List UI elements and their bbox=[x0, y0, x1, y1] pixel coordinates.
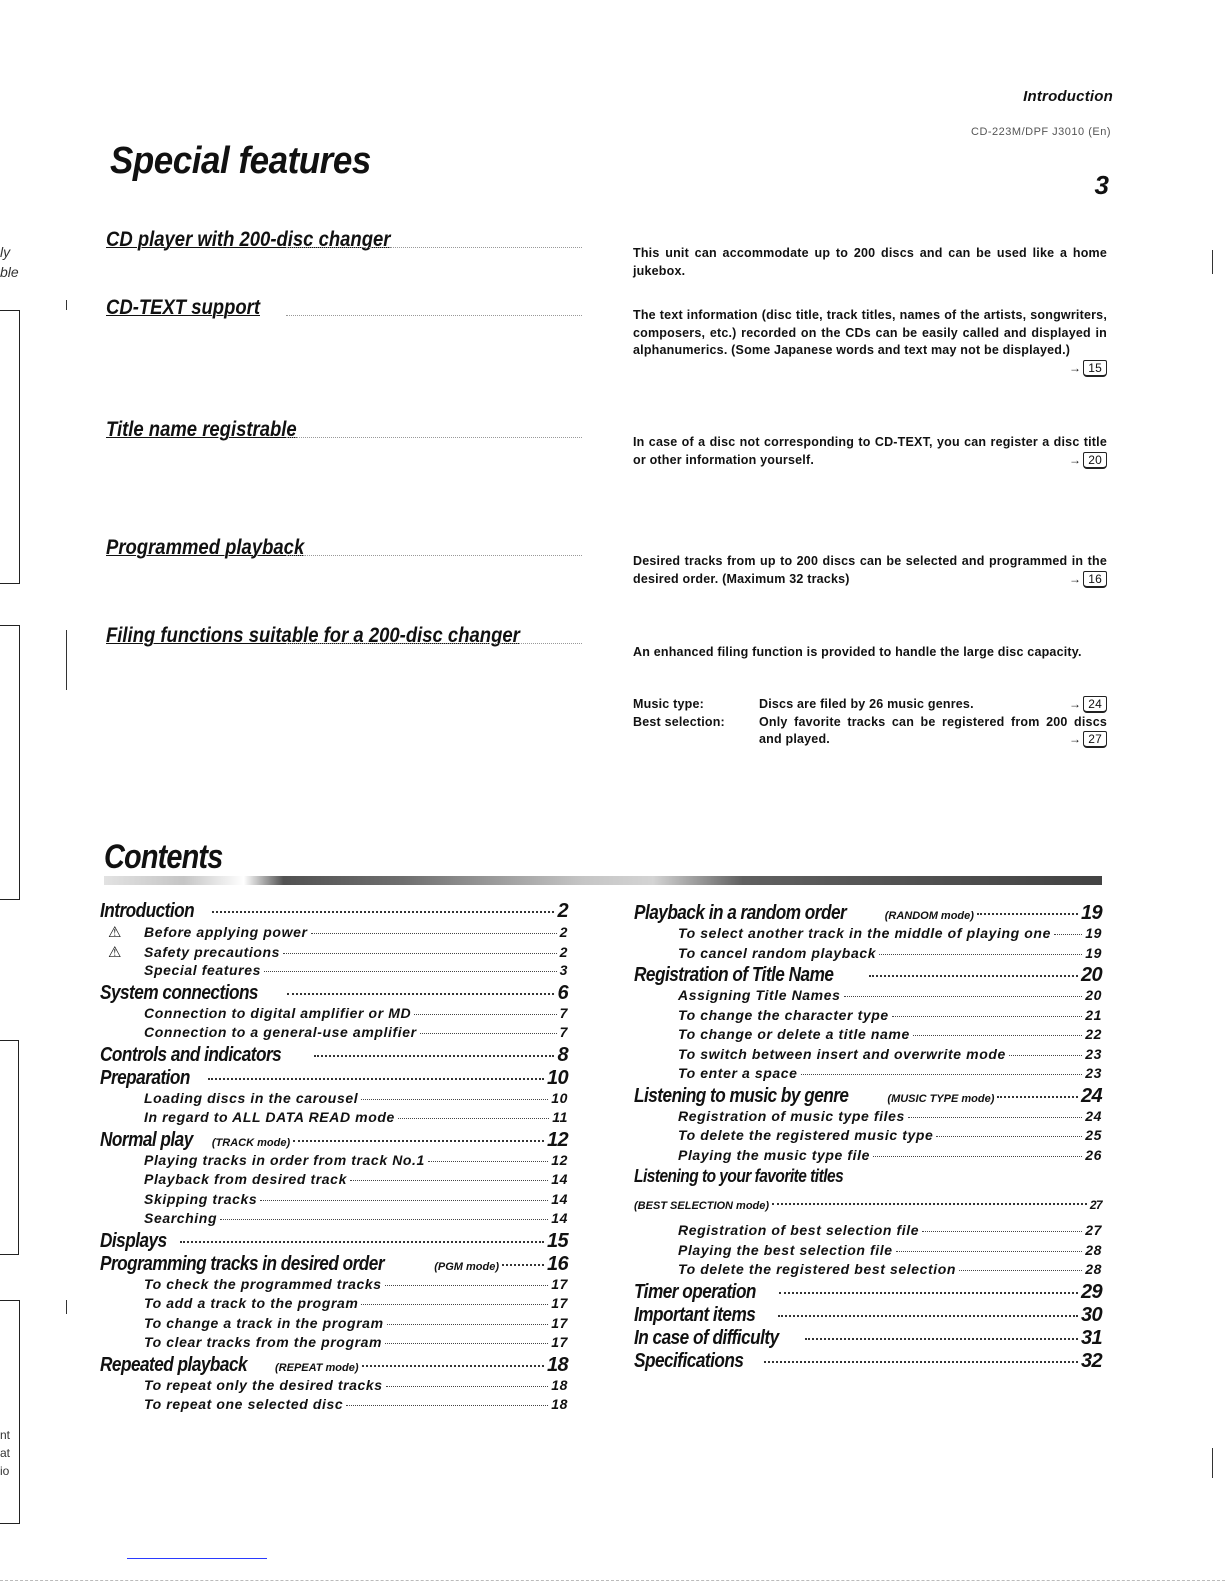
toc-mode: (RANDOM mode) bbox=[885, 910, 974, 922]
toc-entry[interactable]: Registration of Title Name20 bbox=[634, 964, 1102, 987]
dot-leader bbox=[779, 1292, 1078, 1294]
filing-details: Music type: Discs are filed by 26 music … bbox=[633, 696, 1107, 749]
toc-page: 17 bbox=[551, 1295, 568, 1311]
dot-leader bbox=[346, 1405, 548, 1406]
toc-page: 20 bbox=[1085, 987, 1102, 1003]
dot-leader bbox=[502, 1264, 544, 1266]
toc-title: Controls and indicators bbox=[100, 1044, 281, 1067]
toc-page: 18 bbox=[551, 1377, 568, 1393]
toc-entry[interactable]: Timer operation29 bbox=[634, 1281, 1102, 1304]
dot-leader bbox=[180, 1241, 543, 1243]
toc-page: 26 bbox=[1085, 1147, 1102, 1163]
toc-title: To add a track to the program bbox=[144, 1295, 358, 1311]
toc-title: Normal play bbox=[100, 1129, 193, 1152]
page-reference[interactable]: →20 bbox=[1069, 452, 1107, 470]
toc-entry[interactable]: Skipping tracks14 bbox=[100, 1191, 568, 1211]
toc-mode: (REPEAT mode) bbox=[275, 1362, 359, 1374]
page-reference[interactable]: →16 bbox=[1069, 571, 1107, 589]
toc-entry[interactable]: To check the programmed tracks17 bbox=[100, 1276, 568, 1296]
document-code: CD-223M/DPF J3010 (En) bbox=[971, 126, 1111, 138]
feature-description: In case of a disc not corresponding to C… bbox=[633, 434, 1107, 469]
page-reference[interactable]: →15 bbox=[1069, 360, 1107, 378]
contents-divider bbox=[104, 876, 1102, 885]
toc-title: To check the programmed tracks bbox=[144, 1276, 382, 1292]
toc-title: Safety precautions bbox=[144, 944, 280, 960]
dot-leader bbox=[879, 954, 1082, 955]
page-reference[interactable]: →27 bbox=[1069, 731, 1107, 749]
toc-page: 8 bbox=[557, 1044, 568, 1067]
toc-entry[interactable]: Playing tracks in order from track No.11… bbox=[100, 1152, 568, 1172]
feature-heading: Filing functions suitable for a 200-disc… bbox=[106, 624, 582, 648]
dot-leader bbox=[778, 1315, 1078, 1317]
toc-title: To clear tracks from the program bbox=[144, 1334, 382, 1350]
warning-icon: ⚠ bbox=[108, 943, 134, 961]
arrow-icon: → bbox=[1069, 360, 1081, 378]
toc-page: 6 bbox=[557, 982, 568, 1005]
dot-leader bbox=[361, 1099, 548, 1100]
toc-title: To cancel random playback bbox=[678, 945, 876, 961]
toc-entry[interactable]: In regard to ALL DATA READ mode11 bbox=[100, 1109, 568, 1129]
book-icon: 20 bbox=[1083, 452, 1107, 469]
toc-entry[interactable]: Playback from desired track14 bbox=[100, 1171, 568, 1191]
toc-mode: (PGM mode) bbox=[434, 1261, 499, 1273]
toc-page: 11 bbox=[552, 1109, 568, 1125]
toc-entry[interactable]: Normal play(TRACK mode)12 bbox=[100, 1129, 568, 1152]
toc-page: 16 bbox=[547, 1253, 568, 1276]
scan-tick bbox=[66, 630, 67, 690]
toc-page: 24 bbox=[1081, 1085, 1102, 1108]
toc-entry[interactable]: System connections6 bbox=[100, 982, 568, 1005]
toc-entry[interactable]: To switch between insert and overwrite m… bbox=[634, 1046, 1102, 1066]
dot-leader bbox=[385, 1285, 549, 1286]
toc-title: Playback in a random order bbox=[634, 902, 846, 925]
toc-title: Programming tracks in desired order bbox=[100, 1253, 384, 1276]
margin-fragment: ly bbox=[0, 244, 10, 260]
dot-leader bbox=[220, 1219, 548, 1220]
toc-page: 14 bbox=[551, 1171, 568, 1187]
toc-title: To enter a space bbox=[678, 1065, 798, 1081]
warning-icon: ⚠ bbox=[108, 923, 134, 941]
toc-title: Specifications bbox=[634, 1350, 743, 1373]
toc-page: 17 bbox=[551, 1334, 568, 1350]
dot-leader bbox=[361, 1304, 548, 1305]
contents-title: Contents bbox=[104, 838, 222, 877]
toc-entry[interactable]: Important items30 bbox=[634, 1304, 1102, 1327]
toc-title: Important items bbox=[634, 1304, 755, 1327]
toc-entry[interactable]: To change or delete a title name22 bbox=[634, 1026, 1102, 1046]
dot-leader bbox=[913, 1035, 1082, 1036]
toc-title: Registration of best selection file bbox=[678, 1222, 919, 1238]
toc-title: To repeat only the desired tracks bbox=[144, 1377, 383, 1393]
toc-title: Repeated playback bbox=[100, 1354, 247, 1377]
arrow-icon: → bbox=[1069, 571, 1081, 589]
toc-entry[interactable]: Special features3 bbox=[100, 962, 568, 982]
filing-row-music-type: Music type: Discs are filed by 26 music … bbox=[633, 696, 1107, 714]
toc-page: 19 bbox=[1085, 945, 1102, 961]
dot-leader bbox=[283, 953, 557, 954]
dot-leader bbox=[208, 1078, 544, 1080]
arrow-icon: → bbox=[1069, 731, 1081, 749]
toc-title: Listening to music by genre bbox=[634, 1085, 848, 1108]
dot-leader bbox=[311, 933, 557, 934]
dot-leader bbox=[287, 993, 555, 995]
toc-entry[interactable]: Searching14 bbox=[100, 1210, 568, 1230]
toc-title: To select another track in the middle of… bbox=[678, 925, 1051, 941]
toc-title: Assigning Title Names bbox=[678, 987, 841, 1003]
toc-title: To change or delete a title name bbox=[678, 1026, 910, 1042]
book-icon: 27 bbox=[1083, 731, 1107, 748]
toc-entry[interactable]: Programming tracks in desired order(PGM … bbox=[100, 1253, 568, 1276]
dot-leader bbox=[385, 1343, 548, 1344]
dot-leader bbox=[959, 1270, 1082, 1271]
toc-title: Searching bbox=[144, 1210, 217, 1226]
crop-mark bbox=[0, 625, 20, 900]
toc-page: 23 bbox=[1085, 1065, 1102, 1081]
toc-page: 21 bbox=[1085, 1007, 1102, 1023]
toc-page: 2 bbox=[560, 944, 568, 960]
toc-title: To change a track in the program bbox=[144, 1315, 384, 1331]
page-title: Special features bbox=[110, 140, 371, 183]
dot-leader bbox=[873, 1156, 1082, 1157]
toc-title: To change the character type bbox=[678, 1007, 889, 1023]
toc-title: In case of difficulty bbox=[634, 1327, 779, 1350]
filing-row-best-selection: Best selection: Only favorite tracks can… bbox=[633, 714, 1107, 749]
book-icon: 16 bbox=[1083, 571, 1107, 588]
toc-entry[interactable]: Displays15 bbox=[100, 1230, 568, 1253]
dot-leader bbox=[869, 975, 1078, 977]
dot-leader bbox=[212, 911, 554, 913]
dot-leader bbox=[264, 971, 557, 972]
toc-entry[interactable]: Registration of music type files24 bbox=[634, 1108, 1102, 1128]
feature-heading: CD player with 200-disc changer bbox=[106, 228, 582, 252]
dot-leader bbox=[414, 1014, 556, 1015]
arrow-icon: → bbox=[1069, 696, 1081, 714]
dot-leader bbox=[977, 913, 1078, 915]
toc-entry[interactable]: To repeat only the desired tracks18 bbox=[100, 1377, 568, 1397]
dot-leader bbox=[801, 1074, 1083, 1075]
toc-page: 18 bbox=[551, 1396, 568, 1412]
toc-page: 28 bbox=[1085, 1242, 1102, 1258]
toc-title: To switch between insert and overwrite m… bbox=[678, 1046, 1006, 1062]
toc-page: 25 bbox=[1085, 1127, 1102, 1143]
toc-page: 12 bbox=[551, 1152, 568, 1168]
dot-leader bbox=[805, 1338, 1078, 1340]
scan-tick bbox=[66, 300, 67, 310]
dot-leader bbox=[362, 1365, 544, 1367]
feature-description: The text information (disc title, track … bbox=[633, 307, 1107, 377]
dot-leader bbox=[997, 1096, 1078, 1098]
toc-title: In regard to ALL DATA READ mode bbox=[144, 1109, 395, 1125]
toc-title: Connection to digital amplifier or MD bbox=[144, 1005, 411, 1021]
toc-entry[interactable]: Introduction2 bbox=[100, 900, 568, 923]
toc-page: 7 bbox=[560, 1005, 568, 1021]
scan-tick bbox=[66, 1300, 67, 1314]
toc-title: Playback from desired track bbox=[144, 1171, 347, 1187]
toc-title: Listening to your favorite titles bbox=[634, 1166, 843, 1187]
page-number: 3 bbox=[1095, 170, 1109, 201]
toc-page: 32 bbox=[1081, 1350, 1102, 1373]
toc-page: 23 bbox=[1085, 1046, 1102, 1062]
toc-entry[interactable]: Loading discs in the carousel10 bbox=[100, 1090, 568, 1110]
toc-entry[interactable]: In case of difficulty31 bbox=[634, 1327, 1102, 1350]
bottom-link-line bbox=[127, 1558, 267, 1559]
margin-fragment: io bbox=[0, 1464, 9, 1478]
toc-entry[interactable]: Listening to your favorite titles bbox=[634, 1166, 1102, 1194]
toc-entry[interactable]: To delete the registered best selection2… bbox=[634, 1261, 1102, 1281]
toc-entry[interactable]: To change a track in the program17 bbox=[100, 1315, 568, 1335]
toc-title: Preparation bbox=[100, 1067, 190, 1090]
toc-title: Registration of Title Name bbox=[634, 964, 833, 987]
toc-page: 18 bbox=[547, 1354, 568, 1377]
crop-mark bbox=[0, 310, 20, 584]
toc-entry[interactable]: Connection to a general-use amplifier7 bbox=[100, 1024, 568, 1044]
toc-entry[interactable]: To delete the registered music type25 bbox=[634, 1127, 1102, 1147]
toc-page: 29 bbox=[1081, 1281, 1102, 1304]
toc-page: 19 bbox=[1085, 925, 1102, 941]
toc-entry[interactable]: Connection to digital amplifier or MD7 bbox=[100, 1005, 568, 1025]
toc-title: Special features bbox=[144, 962, 261, 978]
toc-mode: (TRACK mode) bbox=[212, 1137, 290, 1149]
toc-page: 10 bbox=[547, 1067, 568, 1090]
toc-right-column: Playback in a random order(RANDOM mode)1… bbox=[634, 902, 1102, 1373]
arrow-icon: → bbox=[1069, 452, 1081, 470]
toc-entry[interactable]: To enter a space23 bbox=[634, 1065, 1102, 1085]
toc-entry[interactable]: To cancel random playback19 bbox=[634, 945, 1102, 965]
dot-leader bbox=[772, 1203, 1087, 1205]
dot-leader bbox=[350, 1180, 548, 1181]
toc-entry[interactable]: To add a track to the program17 bbox=[100, 1295, 568, 1315]
toc-entry[interactable]: ⚠Safety precautions2 bbox=[100, 943, 568, 963]
dot-leader bbox=[398, 1118, 549, 1119]
toc-entry[interactable]: To select another track in the middle of… bbox=[634, 925, 1102, 945]
toc-title: Registration of music type files bbox=[678, 1108, 905, 1124]
dot-leader bbox=[1054, 934, 1082, 935]
toc-page: 20 bbox=[1081, 964, 1102, 987]
toc-entry[interactable]: Repeated playback(REPEAT mode)18 bbox=[100, 1354, 568, 1377]
filing-label: Music type: bbox=[633, 696, 759, 714]
toc-left-column: Introduction2⚠Before applying power2⚠Saf… bbox=[100, 900, 568, 1416]
feature-description: This unit can accommodate up to 200 disc… bbox=[633, 245, 1107, 280]
toc-title: To delete the registered music type bbox=[678, 1127, 933, 1143]
toc-entry[interactable]: ⚠Before applying power2 bbox=[100, 923, 568, 943]
toc-entry[interactable]: To change the character type21 bbox=[634, 1007, 1102, 1027]
margin-fragment: ble bbox=[0, 264, 19, 280]
filing-text: Only favorite tracks can be registered f… bbox=[759, 715, 1107, 747]
section-label: Introduction bbox=[1023, 88, 1113, 105]
dot-leader bbox=[922, 1231, 1082, 1232]
toc-page: 27 bbox=[1090, 1198, 1102, 1212]
feature-heading: Programmed playback bbox=[106, 536, 582, 560]
toc-title: To delete the registered best selection bbox=[678, 1261, 956, 1277]
toc-page: 24 bbox=[1085, 1108, 1102, 1124]
dot-leader bbox=[908, 1117, 1082, 1118]
dot-leader bbox=[764, 1361, 1078, 1363]
toc-page: 14 bbox=[551, 1191, 568, 1207]
toc-entry[interactable]: Assigning Title Names20 bbox=[634, 987, 1102, 1007]
toc-page: 10 bbox=[551, 1090, 568, 1106]
toc-entry[interactable]: (BEST SELECTION mode)27 bbox=[634, 1194, 1102, 1222]
dot-leader bbox=[844, 996, 1083, 997]
toc-page: 12 bbox=[547, 1129, 568, 1152]
filing-text: Discs are filed by 26 music genres. bbox=[759, 697, 974, 711]
dot-leader bbox=[386, 1386, 549, 1387]
toc-entry[interactable]: Playing the music type file26 bbox=[634, 1147, 1102, 1167]
crop-mark bbox=[0, 1040, 19, 1255]
feature-heading: CD-TEXT support bbox=[106, 296, 582, 320]
margin-fragment: nt bbox=[0, 1428, 10, 1442]
toc-page: 14 bbox=[551, 1210, 568, 1226]
toc-mode: (BEST SELECTION mode) bbox=[634, 1200, 769, 1212]
dot-leader bbox=[420, 1033, 557, 1034]
toc-title: Connection to a general-use amplifier bbox=[144, 1024, 417, 1040]
toc-page: 2 bbox=[557, 900, 568, 923]
toc-page: 7 bbox=[560, 1024, 568, 1040]
toc-page: 27 bbox=[1085, 1222, 1102, 1238]
filing-label: Best selection: bbox=[633, 714, 759, 749]
toc-entry[interactable]: Playing the best selection file28 bbox=[634, 1242, 1102, 1262]
dot-leader bbox=[314, 1055, 555, 1057]
toc-page: 19 bbox=[1081, 902, 1102, 925]
feature-heading: Title name registrable bbox=[106, 418, 582, 442]
toc-title: Before applying power bbox=[144, 924, 308, 940]
crop-mark bbox=[0, 1300, 20, 1524]
scan-tick bbox=[1212, 250, 1213, 274]
toc-page: 31 bbox=[1081, 1327, 1102, 1350]
dot-leader bbox=[892, 1016, 1082, 1017]
toc-title: Timer operation bbox=[634, 1281, 756, 1304]
scan-tick bbox=[1212, 1448, 1213, 1478]
dot-leader bbox=[896, 1251, 1083, 1252]
dot-leader bbox=[428, 1161, 548, 1162]
toc-title: Playing the best selection file bbox=[678, 1242, 893, 1258]
toc-title: To repeat one selected disc bbox=[144, 1396, 343, 1412]
toc-page: 17 bbox=[551, 1276, 568, 1292]
dot-leader bbox=[1009, 1055, 1082, 1056]
dot-leader bbox=[387, 1324, 549, 1325]
dot-leader bbox=[260, 1200, 548, 1201]
toc-entry[interactable]: Preparation10 bbox=[100, 1067, 568, 1090]
page-reference[interactable]: →24 bbox=[1069, 696, 1107, 714]
feature-description: Desired tracks from up to 200 discs can … bbox=[633, 553, 1107, 588]
toc-entry[interactable]: To clear tracks from the program17 bbox=[100, 1334, 568, 1354]
toc-page: 22 bbox=[1085, 1026, 1102, 1042]
feature-description: An enhanced filing function is provided … bbox=[633, 644, 1107, 662]
toc-page: 28 bbox=[1085, 1261, 1102, 1277]
toc-page: 15 bbox=[547, 1230, 568, 1253]
toc-entry[interactable]: To repeat one selected disc18 bbox=[100, 1396, 568, 1416]
scan-edge bbox=[0, 1580, 1225, 1583]
toc-title: Displays bbox=[100, 1230, 167, 1253]
toc-title: Loading discs in the carousel bbox=[144, 1090, 358, 1106]
margin-fragment: at bbox=[0, 1446, 10, 1460]
toc-page: 3 bbox=[560, 962, 568, 978]
toc-title: System connections bbox=[100, 982, 258, 1005]
toc-title: Playing the music type file bbox=[678, 1147, 870, 1163]
toc-mode: (MUSIC TYPE mode) bbox=[887, 1093, 994, 1105]
toc-title: Introduction bbox=[100, 900, 194, 923]
toc-entry[interactable]: Registration of best selection file27 bbox=[634, 1222, 1102, 1242]
toc-entry[interactable]: Controls and indicators8 bbox=[100, 1044, 568, 1067]
toc-entry[interactable]: Listening to music by genre(MUSIC TYPE m… bbox=[634, 1085, 1102, 1108]
book-icon: 24 bbox=[1083, 696, 1107, 713]
toc-entry[interactable]: Playback in a random order(RANDOM mode)1… bbox=[634, 902, 1102, 925]
toc-page: 17 bbox=[551, 1315, 568, 1331]
dot-leader bbox=[293, 1140, 544, 1142]
toc-entry[interactable]: Specifications32 bbox=[634, 1350, 1102, 1373]
book-icon: 15 bbox=[1083, 360, 1107, 377]
toc-title: Playing tracks in order from track No.1 bbox=[144, 1152, 425, 1168]
toc-page: 2 bbox=[560, 924, 568, 940]
dot-leader bbox=[936, 1136, 1082, 1137]
toc-page: 30 bbox=[1081, 1304, 1102, 1327]
toc-title: Skipping tracks bbox=[144, 1191, 257, 1207]
